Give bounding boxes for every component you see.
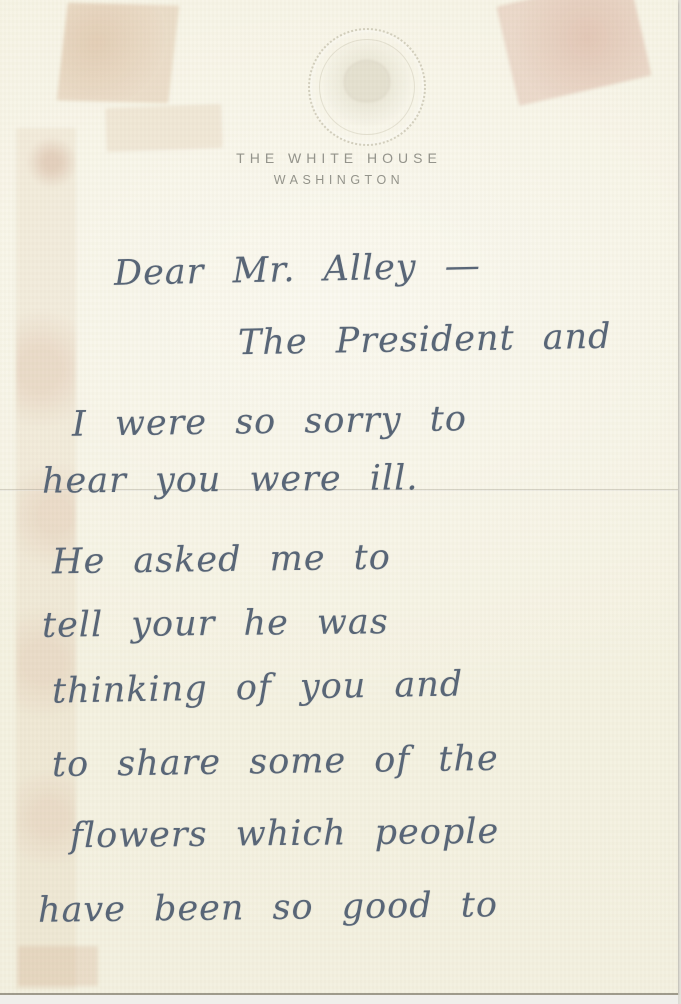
seal-eagle-emboss bbox=[344, 60, 390, 102]
handwritten-line: flowers which people bbox=[70, 812, 500, 856]
letterhead: THE WHITE HOUSE WASHINGTON bbox=[0, 150, 678, 187]
tape-residue-bottom-left bbox=[18, 946, 98, 986]
handwritten-line: have been so good to bbox=[38, 885, 498, 931]
background-below-paper bbox=[0, 995, 681, 1004]
handwritten-line: thinking of you and bbox=[52, 664, 464, 711]
letterhead-title: THE WHITE HOUSE bbox=[0, 150, 678, 166]
handwritten-line: tell your he was bbox=[42, 602, 389, 646]
tape-residue-top-right bbox=[496, 0, 651, 106]
handwritten-line: The President and bbox=[238, 317, 612, 364]
letter-paper: THE WHITE HOUSE WASHINGTON Dear Mr. Alle… bbox=[0, 0, 678, 995]
handwritten-line-salutation: Dear Mr. Alley — bbox=[114, 246, 482, 294]
handwritten-line: I were so sorry to bbox=[72, 399, 467, 445]
tape-residue-top-left bbox=[57, 3, 180, 104]
tape-residue-top-left-strip bbox=[105, 104, 222, 152]
letterhead-city: WASHINGTON bbox=[0, 173, 678, 187]
presidential-seal-icon bbox=[308, 28, 426, 146]
handwritten-line: hear you were ill. bbox=[42, 458, 419, 501]
handwritten-line: He asked me to bbox=[52, 538, 391, 583]
handwritten-line: to share some of the bbox=[52, 739, 499, 785]
letter-photo: THE WHITE HOUSE WASHINGTON Dear Mr. Alle… bbox=[0, 0, 681, 1004]
